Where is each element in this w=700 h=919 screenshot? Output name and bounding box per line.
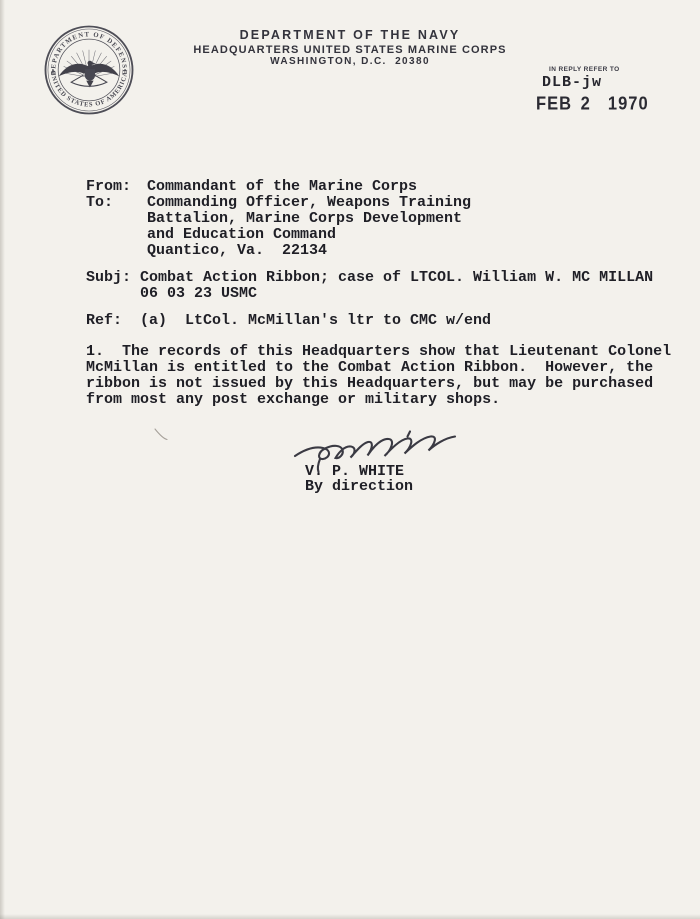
reference-value: (a) LtCol. McMillan's ltr to CMC w/end — [140, 313, 491, 329]
pencil-mark — [152, 427, 170, 443]
seal-right-star — [124, 69, 126, 71]
to-line: Commanding Officer, Weapons Training — [147, 195, 471, 211]
reply-reference-code: DLB-jw — [542, 74, 602, 91]
letterhead-line1: DEPARTMENT OF THE NAVY — [0, 28, 700, 42]
to-line: and Education Command — [147, 227, 336, 243]
to-line: Quantico, Va. 22134 — [147, 243, 327, 259]
to-line: Battalion, Marine Corps Development — [147, 211, 462, 227]
seal-left-star — [52, 69, 54, 71]
signer-title: By direction — [305, 479, 413, 495]
from-label: From: — [86, 179, 131, 195]
body-line: 1. The records of this Headquarters show… — [86, 344, 671, 360]
subject-line: 06 03 23 USMC — [140, 286, 257, 302]
in-reply-refer-label: IN REPLY REFER TO — [549, 66, 620, 73]
reference-label: Ref: — [86, 313, 122, 329]
letterhead-line2: HEADQUARTERS UNITED STATES MARINE CORPS — [0, 44, 700, 56]
from-value: Commandant of the Marine Corps — [147, 179, 417, 195]
date-stamp: FEB 2 1970 — [536, 94, 649, 115]
letter-page: DEPARTMENT OF DEFENSE UNITED STATES OF A… — [0, 0, 700, 919]
body-line: from most any post exchange or military … — [86, 392, 500, 408]
subject-label: Subj: — [86, 270, 131, 286]
body-line: ribbon is not issued by this Headquarter… — [86, 376, 653, 392]
to-label: To: — [86, 195, 113, 211]
body-line: McMillan is entitled to the Combat Actio… — [86, 360, 653, 376]
subject-line: Combat Action Ribbon; case of LTCOL. Wil… — [140, 270, 653, 286]
